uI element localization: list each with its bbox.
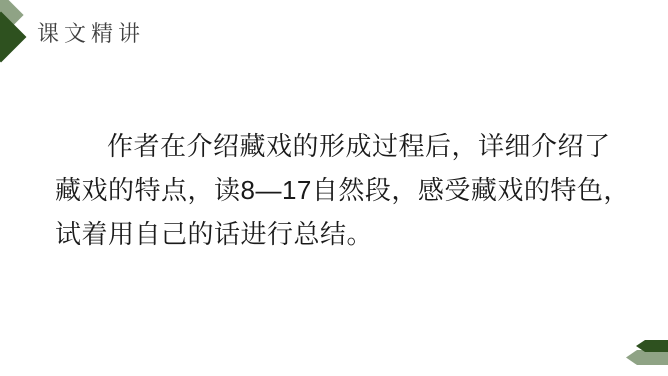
- paragraph-line-2: 藏戏的特点，读8—17自然段，感受藏戏的特色，: [55, 168, 617, 212]
- paragraph-line-3: 试着用自己的话进行总结。: [55, 212, 617, 256]
- light-left-arrow-icon: [626, 350, 668, 365]
- paragraph-line-1: 作者在介绍藏戏的形成过程后，详细介绍了: [55, 124, 617, 168]
- light-diamond-icon: [0, 0, 24, 38]
- body-paragraph: 作者在介绍藏戏的形成过程后，详细介绍了 藏戏的特点，读8—17自然段，感受藏戏的…: [55, 124, 617, 256]
- slide: 课文精讲 作者在介绍藏戏的形成过程后，详细介绍了 藏戏的特点，读8—17自然段，…: [0, 0, 668, 376]
- section-title: 课文精讲: [37, 20, 145, 48]
- dark-diamond-icon: [0, 12, 26, 63]
